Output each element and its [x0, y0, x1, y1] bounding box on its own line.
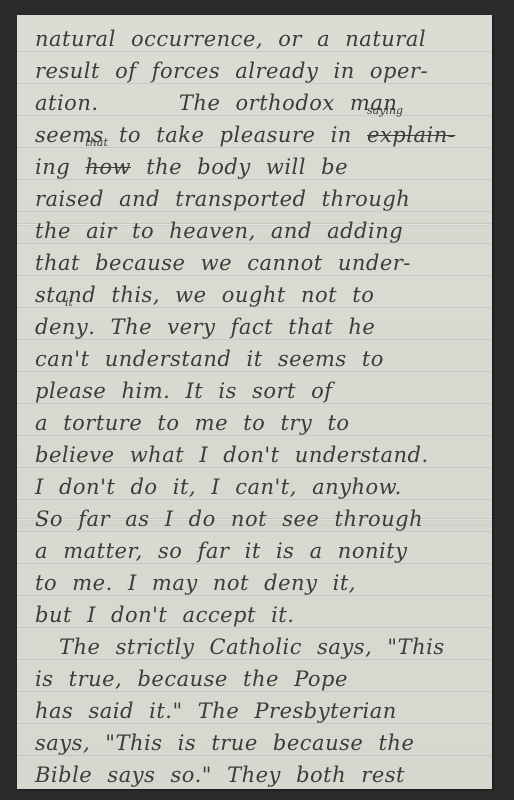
struck-word: how	[85, 155, 131, 179]
document-viewer: natural occurrence, or a natural result …	[0, 0, 514, 800]
text-segment: . The very fact that he	[88, 315, 375, 339]
text-line: believe what I don't understand.	[35, 439, 482, 471]
manuscript-page: natural occurrence, or a natural result …	[17, 15, 492, 789]
text-line: that because we cannot under-	[35, 247, 482, 279]
text-segment: ation.	[35, 91, 99, 115]
text-segment: The orthodox man	[179, 91, 398, 115]
text-line: I don't do it, I can't, anyhow.	[35, 471, 482, 503]
correction: saying explain-	[367, 119, 455, 151]
text-line: a torture to me to try to	[35, 407, 482, 439]
inserted-word: saying	[367, 105, 403, 117]
text-line: The strictly Catholic says, "This	[35, 631, 482, 663]
text-line: So far as I do not see through	[35, 503, 482, 535]
text-line: raised and transported through	[35, 183, 482, 215]
text-line: result of forces already in oper-	[35, 55, 482, 87]
correction: deny it	[35, 311, 88, 343]
text-line: Bible says so." They both rest	[35, 759, 482, 789]
text-line: ing that how the body will be	[35, 151, 482, 183]
text-line: a matter, so far it is a nonity	[35, 535, 482, 567]
text-line: natural occurrence, or a natural	[35, 23, 482, 55]
text-line: is true, because the Pope	[35, 663, 482, 695]
text-segment: seems to take pleasure in	[35, 123, 352, 147]
struck-word: explain-	[367, 123, 455, 147]
text-segment: ing	[35, 155, 70, 179]
text-line: can't understand it seems to	[35, 343, 482, 375]
text-line: to me. I may not deny it,	[35, 567, 482, 599]
correction: that how	[85, 151, 131, 183]
inserted-word: it	[65, 297, 73, 309]
text-segment: the body will be	[146, 155, 348, 179]
text-line: deny it . The very fact that he	[35, 311, 482, 343]
text-line: ation. The orthodox man	[35, 87, 482, 119]
text-line: says, "This is true because the	[35, 727, 482, 759]
text-line: the air to heaven, and adding	[35, 215, 482, 247]
inserted-word: that	[85, 137, 107, 149]
text-line: please him. It is sort of	[35, 375, 482, 407]
text-segment: deny	[35, 315, 88, 339]
text-line: but I don't accept it.	[35, 599, 482, 631]
text-line: stand this, we ought not to	[35, 279, 482, 311]
text-line: has said it." The Presbyterian	[35, 695, 482, 727]
